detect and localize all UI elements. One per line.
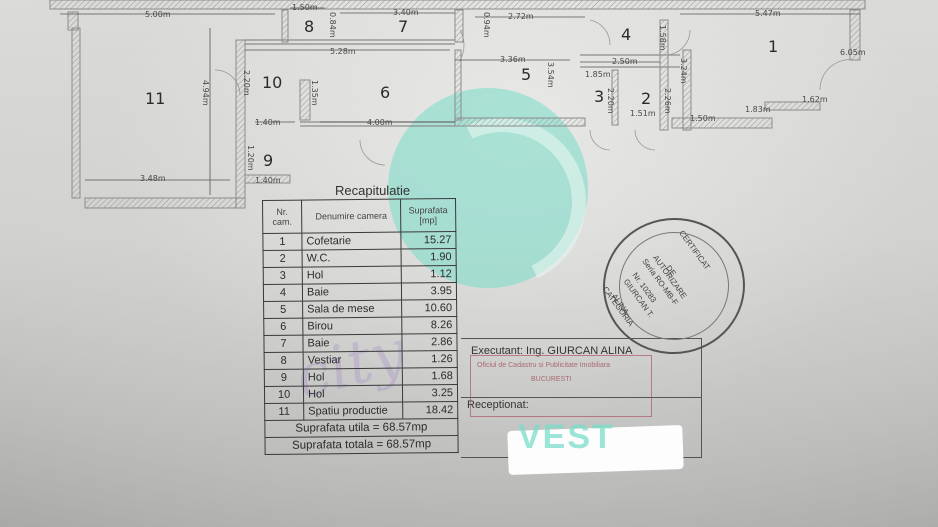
- header-name: Denumire camera: [302, 199, 401, 233]
- svg-text:6: 6: [380, 83, 390, 102]
- header-nr: Nr. cam.: [263, 200, 302, 233]
- cell-name: Birou: [303, 317, 402, 335]
- cell-nr: 1: [263, 233, 302, 250]
- table-row: 5Sala de mese10.60: [264, 299, 457, 318]
- svg-text:1.62m: 1.62m: [802, 95, 828, 104]
- cell-nr: 11: [265, 403, 304, 420]
- cell-name: Spatiu productie: [304, 402, 403, 420]
- svg-text:1.50m: 1.50m: [292, 3, 318, 12]
- header-area: Suprafata [mp]: [400, 198, 455, 232]
- cell-name: Hol: [303, 385, 402, 403]
- svg-text:3.24m: 3.24m: [679, 58, 688, 84]
- cell-area: 3.25: [402, 384, 457, 402]
- cell-area: 15.27: [401, 231, 456, 249]
- cell-nr: 4: [263, 284, 302, 301]
- svg-text:1.85m: 1.85m: [585, 70, 611, 79]
- cell-area: 10.60: [402, 299, 457, 317]
- cell-nr: 2: [263, 250, 302, 267]
- table-row: 11Spatiu productie18.42: [265, 401, 458, 420]
- svg-text:1.58m: 1.58m: [658, 25, 667, 51]
- cell-nr: 3: [263, 267, 302, 284]
- svg-text:1.35m: 1.35m: [310, 80, 319, 106]
- table-row: 9Hol1.68: [264, 367, 457, 386]
- table-row: 4Baie3.95: [263, 282, 456, 301]
- cell-area: 8.26: [402, 316, 457, 334]
- svg-text:1.20m: 1.20m: [246, 145, 255, 171]
- recap-table: Nr. cam. Denumire camera Suprafata [mp] …: [262, 198, 459, 455]
- svg-text:2.26m: 2.26m: [663, 88, 672, 114]
- svg-text:3.54m: 3.54m: [546, 62, 555, 88]
- table-row: 3Hol1.12: [263, 265, 456, 284]
- svg-text:3.48m: 3.48m: [140, 174, 166, 183]
- svg-text:3.40m: 3.40m: [393, 8, 419, 17]
- cell-nr: 5: [264, 301, 303, 318]
- svg-text:5.47m: 5.47m: [755, 9, 781, 18]
- svg-text:0.84m: 0.84m: [328, 12, 337, 38]
- svg-text:1.40m: 1.40m: [255, 176, 281, 185]
- cell-area: 18.42: [403, 401, 458, 419]
- svg-text:6.05m: 6.05m: [840, 48, 866, 57]
- table-row: 1Cofetarie15.27: [263, 231, 456, 250]
- svg-text:0.94m: 0.94m: [482, 12, 491, 38]
- svg-text:2: 2: [641, 89, 651, 108]
- svg-text:2.72m: 2.72m: [508, 12, 534, 21]
- cell-nr: 10: [264, 386, 303, 403]
- watermark-text: VEST: [518, 418, 615, 457]
- cadastre-stamp: Oficiul de Cadastru si Publicitate Imobi…: [470, 355, 652, 417]
- cell-area: 1.26: [402, 350, 457, 368]
- cell-name: Cofetarie: [302, 232, 401, 250]
- cell-area: 3.95: [401, 282, 456, 300]
- svg-text:5.28m: 5.28m: [330, 47, 356, 56]
- table-row: 10Hol3.25: [264, 384, 457, 403]
- floor-plan: 5.00m 1.50m 3.40m 2.72m 5.47m 5.28m 3.36…: [0, 0, 938, 220]
- svg-text:2.50m: 2.50m: [612, 57, 638, 66]
- svg-text:10: 10: [262, 73, 282, 92]
- cell-name: Baie: [302, 283, 401, 301]
- cell-nr: 6: [264, 318, 303, 335]
- cell-name: Baie: [303, 334, 402, 352]
- svg-text:1: 1: [768, 37, 778, 56]
- svg-text:4: 4: [621, 25, 631, 44]
- svg-text:1.51m: 1.51m: [630, 109, 656, 118]
- useful-area-total: Suprafata utila = 68.57mp: [265, 418, 458, 437]
- svg-text:2.20m: 2.20m: [242, 70, 251, 96]
- svg-text:1.40m: 1.40m: [255, 118, 281, 127]
- total-area: Suprafata totala = 68.57mp: [265, 435, 458, 454]
- table-row: 2W.C.1.90: [263, 248, 456, 267]
- svg-text:8: 8: [304, 17, 314, 36]
- svg-text:3: 3: [594, 87, 604, 106]
- cell-name: Vestiar: [303, 351, 402, 369]
- cell-name: W.C.: [302, 249, 401, 267]
- svg-text:2.20m: 2.20m: [606, 88, 615, 114]
- svg-text:3.36m: 3.36m: [500, 55, 526, 64]
- table-row: 6Birou8.26: [264, 316, 457, 335]
- cell-name: Hol: [302, 266, 401, 284]
- svg-text:9: 9: [263, 151, 273, 170]
- cell-name: Sala de mese: [303, 300, 402, 318]
- cell-area: 1.12: [401, 265, 456, 283]
- cell-nr: 9: [264, 369, 303, 386]
- cell-name: Hol: [303, 368, 402, 386]
- svg-text:5: 5: [521, 65, 531, 84]
- cell-nr: 8: [264, 352, 303, 369]
- svg-text:4.00m: 4.00m: [367, 118, 393, 127]
- cell-area: 1.90: [401, 248, 456, 266]
- svg-text:7: 7: [398, 17, 408, 36]
- svg-text:1.50m: 1.50m: [690, 114, 716, 123]
- svg-text:1.83m: 1.83m: [745, 105, 771, 114]
- table-row: 8Vestiar1.26: [264, 350, 457, 369]
- svg-text:11: 11: [145, 89, 165, 108]
- cell-area: 2.86: [402, 333, 457, 351]
- recap-title: Recapitulatie: [335, 183, 410, 198]
- table-row: 7Baie2.86: [264, 333, 457, 352]
- svg-text:4.94m: 4.94m: [201, 80, 210, 106]
- cell-nr: 7: [264, 335, 303, 352]
- cell-area: 1.68: [402, 367, 457, 385]
- svg-text:5.00m: 5.00m: [145, 10, 171, 19]
